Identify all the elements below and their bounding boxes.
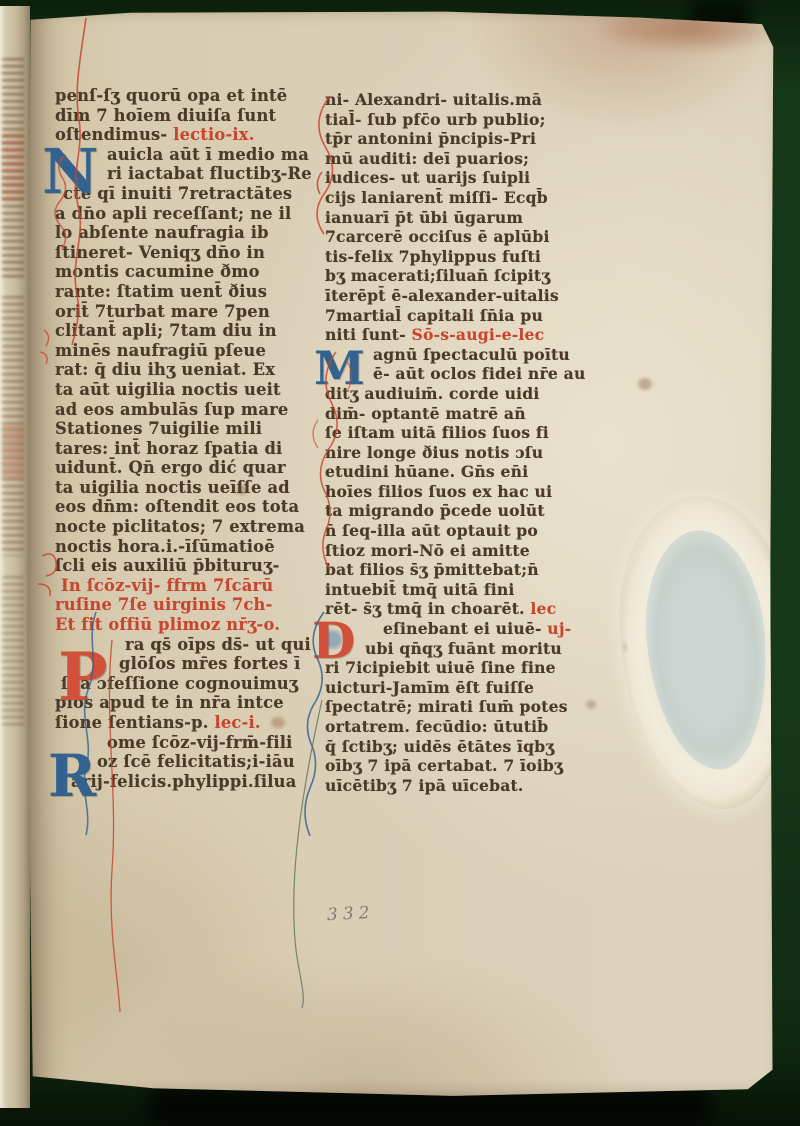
body-text: clitant̄ apli; 7tam diu in [55,321,277,340]
body-text: ubi qn̄qʒ fuānt moritu [365,639,562,658]
text-line: ianuarī p̄t ūbi ūgarum [325,208,601,228]
body-text: noctis hora.i.-īſūmatioē [55,537,275,556]
text-line: ubi qn̄qʒ fuānt moritu [325,639,601,659]
body-text: auicla aūt ī medio ma [107,145,309,164]
rubric-text: In ſcōz-vij- ffrm 7ſcārū [61,576,273,595]
body-text: ortatrem. fecūdio: ūtutib̄ [325,717,548,736]
text-line: īterēpt̄ ē-alexander-uitalis [325,286,601,306]
body-text: arij-felicis.phylippi.ſilua [71,772,296,791]
text-line: minēs naufragiū pſeue [55,341,317,361]
body-text: penſ-ſʒ quorū opa et intē [55,86,287,105]
manuscript-photograph: penſ-ſʒ quorū opa et intēdīm 7 hoīem diu… [0,0,800,1126]
body-text: dīm 7 hoīem diuiſa ſunt [55,106,276,125]
body-text: bʒ macerati;ſiluan̄ ſcipitʒ [325,266,550,285]
body-text: uīcētibʒ 7 ipā uīcebat. [325,776,524,795]
text-line: iudices- ut uarijs ſuipli [325,168,601,188]
bleed-through-text [2,576,24,726]
body-text: n̄ ſeq-illa aūt optauit po [325,521,538,540]
text-line: bʒ macerati;ſiluan̄ ſcipitʒ [325,266,601,286]
body-text: ad eos ambulās ſup mare [55,400,288,419]
body-text: nire longe ðius notis ɔſu [325,443,543,462]
body-text: 7martial̄ capitali ſn̄ia pu [325,306,543,325]
body-text: q̄ ſctibʒ; uidēs ētātes īqbʒ [325,737,554,756]
text-line: etudini hūane. Gn̄s en̄i [325,462,601,482]
text-line: cijs laniarent̄ miſſi- Ecqb̄ [325,188,601,208]
text-line: tis-felix 7phylippus fuſti [325,247,601,267]
text-line: ſpectatrē; mirati ſum̄ potes [325,697,601,717]
text-line: montis cacumine ðmo [55,262,317,282]
body-text: ome ſcōz-vij-frm̄-fili [107,733,293,752]
body-text: etudini hūane. Gn̄s en̄i [325,462,528,481]
manuscript-page: penſ-ſʒ quorū opa et intēdīm 7 hoīem diu… [26,10,774,1098]
body-text: ſpectatrē; mirati ſum̄ potes [325,697,568,716]
text-line: clitant̄ apli; 7tam diu in [55,321,317,341]
text-line: orit̄ 7turbat mare 7pen [55,302,317,322]
body-text: ri 7icipiebit uiuē ſine fine [325,658,556,677]
text-line: ta uigilia noctis ueīſſe ad [55,478,317,498]
rubric-text: uj- [547,619,571,638]
body-text: montis cacumine ðmo [55,262,260,281]
rubric-text: Sō-s-augi-e-lec [412,325,545,344]
decorated-initial-m: M [314,348,365,389]
body-text: rēt- s̄ʒ tmq̄ in choarēt. [325,599,530,618]
body-text: uicturi-Jamīm ēſt fuiſſe [325,678,534,697]
text-line: dim̄- optantē matrē an̄ [325,404,601,424]
body-text: ſtineret- Veniqʒ dn̄o in [55,243,265,262]
body-text: ta uigilia noctis ueīſſe ad [55,478,290,497]
text-line: n̄ ſeq-illa aūt optauit po [325,521,601,541]
text-line: 7carcerē occiſus ē aplūbi [325,227,601,247]
body-text: Stationes 7uigilie mili [55,419,262,438]
text-line: ni- Alexandri- uitalis.mā [325,90,601,110]
text-line: ta migrando p̄cede uolūt [325,501,601,521]
text-line: uīcētibʒ 7 ipā uīcebat. [325,776,601,796]
body-text: 7carcerē occiſus ē aplūbi [325,227,550,246]
text-line: uicturi-Jamīm ēſt fuiſſe [325,678,601,698]
text-line: ditʒ audiuim̄. corde uidi [325,384,601,404]
body-text: uidunt̄. Qn̄ ergo dić quar [55,458,286,477]
body-text: nocte piclitatos; 7 extrema [55,517,305,536]
body-text: orit̄ 7turbat mare 7pen [55,302,270,321]
text-line: rante: ſtatim uent̄ ðius [55,282,317,302]
body-text: mū auditi: deī puarios; [325,149,529,168]
text-line: ruſine 7ſe uirginis 7ch- [55,595,317,615]
body-text: minēs naufragiū pſeue [55,341,266,360]
body-text: lo abſente naufragia ib [55,223,269,242]
foxing-spot [638,378,652,390]
body-text: ē- aūt oclos fidei nr̄e au [373,364,585,383]
text-line: intuebit̄ tmq̄ uitā fini [325,580,601,600]
body-text: īterēpt̄ ē-alexander-uitalis [325,286,559,305]
text-line: hoīes filios ſuos ex hac ui [325,482,601,502]
body-text: ri iactabat fluctibʒ-Re [107,164,312,183]
text-line: niti ſunt- Sō-s-augi-e-lec [325,325,601,345]
text-line: mū auditi: deī puarios; [325,149,601,169]
body-text: rante: ſtatim uent̄ ðius [55,282,267,301]
text-line: ortatrem. fecūdio: ūtutib̄ [325,717,601,737]
text-line: eſinebant ei uiuē- uj- [325,619,601,639]
text-line: nire longe ðius notis ɔſu [325,443,601,463]
body-text: eſinebant ei uiuē- [383,619,547,638]
text-line: ſe iſtam uitā filios ſuos fi [325,423,601,443]
text-line: noctis hora.i.-īſūmatioē [55,537,317,557]
body-text: ſcli eis auxiliū p̄bituruʒ- [55,556,279,575]
text-line: eos dn̄m: oſtendit eos tota [55,497,317,517]
text-line: ē- aūt oclos fidei nr̄e au [325,364,601,384]
rubric-text: lec [530,599,556,618]
text-line: oībʒ 7 ipā certabat. 7 īoibʒ [325,756,601,776]
text-line: ſcli eis auxiliū p̄bituruʒ- [55,556,317,576]
text-line: In ſcōz-vij- ffrm 7ſcārū [55,576,317,596]
decorated-initial-p: P [58,648,108,707]
body-text: bat filios s̄ʒ p̄mittebat;n̄ [325,560,539,579]
text-line: bat filios s̄ʒ p̄mittebat;n̄ [325,560,601,580]
body-text: glōſos mr̄es fortes ī [119,654,300,673]
body-text: intuebit̄ tmq̄ uitā fini [325,580,515,599]
body-text: cijs laniarent̄ miſſi- Ecqb̄ [325,188,548,207]
body-text: ſtioz mori-Nō ei amitte [325,541,530,560]
body-text: ta migrando p̄cede uolūt [325,501,545,520]
body-text: ra qs̄ oīps ds̄- ut qui [125,635,311,654]
patch-core [638,525,774,774]
body-text: dim̄- optantē matrē an̄ [325,404,526,423]
decorated-initial-d: D [312,618,355,663]
rubric-text: lec-i. [214,713,260,732]
body-text: eos dn̄m: oſtendit eos tota [55,497,299,516]
text-line: tp̄r antonini p̄ncipis-Pri [325,129,601,149]
text-line: lo abſente naufragia ib [55,223,317,243]
text-line: dīm 7 hoīem diuiſa ſunt [55,106,317,126]
text-line: ta aūt uigilia noctis ueit [55,380,317,400]
decorated-initial-n: N [42,144,99,200]
body-text: ni- Alexandri- uitalis.mā [325,90,542,109]
column-right: ni- Alexandri- uitalis.mātial̄- ſub pfc̄… [325,90,601,795]
body-text: oz ſcē felicitatis;i-iāu [97,752,295,771]
body-text: tial̄- ſub pfc̄o urb publio; [325,110,546,129]
text-line: ri 7icipiebit uiuē ſine fine [325,658,601,678]
body-text: rat: q̄ diu ihʒ ueniat. Ex [55,360,275,379]
text-line: Et fit offiū plimoz nr̄ʒ-o. [55,615,317,635]
bleed-through-rubric [2,426,24,481]
text-line: rat: q̄ diu ihʒ ueniat. Ex [55,360,317,380]
body-text: tis-felix 7phylippus fuſti [325,247,541,266]
text-line: Stationes 7uigilie mili [55,419,317,439]
body-text: agnū ſpectaculū poītu [373,345,570,364]
rubric-text: lectio-ix. [173,125,254,144]
text-line: penſ-ſʒ quorū opa et intē [55,86,317,106]
parchment-repair-patch [609,489,774,817]
text-line: tares: int̄ horaz ſpatia di [55,439,317,459]
body-text: tares: int̄ horaz ſpatia di [55,439,282,458]
body-text: tp̄r antonini p̄ncipis-Pri [325,129,536,148]
text-line: agnū ſpectaculū poītu [325,345,601,365]
text-line: nocte piclitatos; 7 extrema [55,517,317,537]
body-text: ſe iſtam uitā filios ſuos fi [325,423,549,442]
rubric-text: Et fit offiū plimoz nr̄ʒ-o. [55,615,280,634]
body-text: ta aūt uigilia noctis ueit [55,380,281,399]
text-line: ad eos ambulās ſup mare [55,400,317,420]
rubric-text: ruſine 7ſe uirginis 7ch- [55,595,273,614]
book-fore-edge [0,6,30,1108]
text-line: uidunt̄. Qn̄ ergo dić quar [55,458,317,478]
bleed-through-rubric [2,134,24,204]
text-line: ſtineret- Veniqʒ dn̄o in [55,243,317,263]
body-text: ianuarī p̄t ūbi ūgarum [325,208,523,227]
text-line: 7martial̄ capitali ſn̄ia pu [325,306,601,326]
text-line: ſtioz mori-Nō ei amitte [325,541,601,561]
text-line: rēt- s̄ʒ tmq̄ in choarēt. lec [325,599,601,619]
folio-number: 332 [327,903,375,925]
body-text: iudices- ut uarijs ſuipli [325,168,530,187]
text-line: tial̄- ſub pfc̄o urb publio; [325,110,601,130]
text-line: q̄ ſctibʒ; uidēs ētātes īqbʒ [325,737,601,757]
body-text: oībʒ 7 ipā certabat. 7 īoibʒ [325,756,563,775]
body-text: hoīes filios ſuos ex hac ui [325,482,552,501]
decorated-initial-r: R [48,750,96,802]
